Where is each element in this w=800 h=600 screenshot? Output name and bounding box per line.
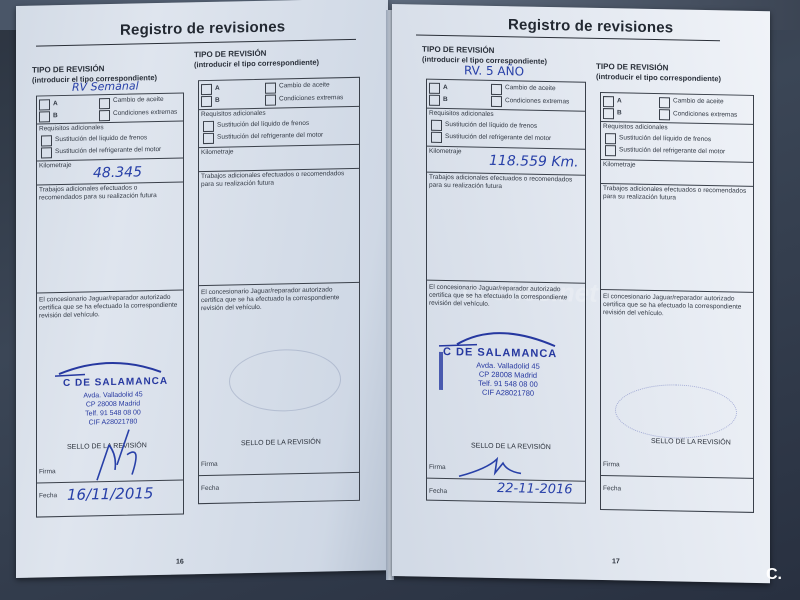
page-number: 16 xyxy=(176,558,184,565)
form-grid: A B Cambio de aceite Condiciones extrema… xyxy=(600,92,754,513)
coolant-label: Sustitución del refrigerante del motor xyxy=(55,146,161,155)
stamp-edge xyxy=(439,352,443,390)
faded-stamp-imprint xyxy=(229,348,341,412)
car-roofline-icon xyxy=(55,356,165,378)
option-a-label: A xyxy=(617,97,622,104)
checkbox-b[interactable] xyxy=(603,108,614,119)
checkbox-coolant[interactable] xyxy=(203,133,214,144)
option-b-label: B xyxy=(53,112,58,119)
mileage-label: Kilometraje xyxy=(39,162,72,170)
form-grid: A B Cambio de aceite Condiciones extrema… xyxy=(36,92,184,517)
option-b-label: B xyxy=(443,96,448,103)
additional-requirements-label: Requisitos adicionales xyxy=(429,110,494,118)
checkbox-b[interactable] xyxy=(39,111,50,122)
checkbox-oil-change[interactable] xyxy=(99,98,110,109)
form-subheading: (introducir el tipo correspondiente) xyxy=(194,57,344,70)
checkbox-coolant[interactable] xyxy=(41,147,52,158)
certification-text: El concesionario Jaguar/reparador autori… xyxy=(39,294,179,321)
oil-change-label: Cambio de aceite xyxy=(279,81,330,89)
page-number: 17 xyxy=(612,558,620,565)
handwritten-revision-type: RV. 5 AÑO xyxy=(464,63,524,78)
faded-stamp-imprint xyxy=(615,383,737,439)
additional-requirements-label: Requisitos adicionales xyxy=(603,123,668,131)
checkbox-coolant[interactable] xyxy=(431,132,442,143)
checkbox-a[interactable] xyxy=(201,84,212,95)
date-label: Fecha xyxy=(39,492,57,499)
signature-label: Firma xyxy=(429,464,446,471)
checkbox-brake-fluid[interactable] xyxy=(203,121,214,132)
additional-work-label: Trabajos adicionales efectuados o recome… xyxy=(39,184,179,203)
option-b-label: B xyxy=(215,97,220,104)
checkbox-oil-change[interactable] xyxy=(659,97,670,108)
extreme-conditions-label: Condiciones extremas xyxy=(113,109,177,117)
checkbox-extreme-conditions[interactable] xyxy=(491,96,502,107)
checkbox-b[interactable] xyxy=(429,95,440,106)
extreme-conditions-label: Condiciones extremas xyxy=(505,97,569,105)
coolant-label: Sustitución del refrigerante del motor xyxy=(445,133,551,142)
stamp-label: SELLO DE LA REVISIÓN xyxy=(241,439,321,448)
oil-change-label: Cambio de aceite xyxy=(505,84,556,92)
checkbox-coolant[interactable] xyxy=(605,145,616,156)
certification-text: El concesionario Jaguar/reparador autori… xyxy=(201,286,351,313)
additional-work-label: Trabajos adicionales efectuados o recome… xyxy=(429,174,579,193)
checkbox-extreme-conditions[interactable] xyxy=(659,109,670,120)
brake-fluid-label: Sustitución del líquido de frenos xyxy=(445,121,537,130)
handwritten-mileage: 48.345 xyxy=(93,164,142,181)
page-title: Registro de revisiones xyxy=(508,16,673,36)
signature-label: Firma xyxy=(603,461,620,468)
signature-label: Firma xyxy=(201,461,218,468)
checkbox-a[interactable] xyxy=(429,83,440,94)
oil-change-label: Cambio de aceite xyxy=(673,97,724,105)
signature-mark xyxy=(87,424,147,485)
date-label: Fecha xyxy=(201,485,219,492)
option-a-label: A xyxy=(215,85,220,92)
option-b-label: B xyxy=(617,109,622,116)
site-watermark: C. xyxy=(766,566,782,584)
checkbox-a[interactable] xyxy=(39,99,50,110)
checkbox-oil-change[interactable] xyxy=(265,83,276,94)
form-grid: A B Cambio de aceite Condiciones extrema… xyxy=(426,79,586,504)
handwritten-revision-type: RV Semanal xyxy=(72,79,139,93)
checkbox-brake-fluid[interactable] xyxy=(605,133,616,144)
signature-label: Firma xyxy=(39,468,56,475)
form-grid: A B Cambio de aceite Condiciones extrema… xyxy=(198,77,360,504)
date-label: Fecha xyxy=(603,485,621,492)
extreme-conditions-label: Condiciones extremas xyxy=(279,94,343,102)
extreme-conditions-label: Condiciones extremas xyxy=(673,110,737,118)
revision-form-1: TIPO DE REVISIÓN (introducir el tipo cor… xyxy=(32,63,182,86)
option-a-label: A xyxy=(53,100,58,107)
coolant-label: Sustitución del refrigerante del motor xyxy=(217,132,323,141)
handwritten-date: 16/11/2015 xyxy=(67,484,153,504)
coolant-label: Sustitución del refrigerante del motor xyxy=(619,146,725,155)
stamp-label: SELLO DE LA REVISIÓN xyxy=(651,438,731,447)
additional-requirements-label: Requisitos adicionales xyxy=(39,124,104,132)
checkbox-b[interactable] xyxy=(201,96,212,107)
stamp-address: Avda. Valladolid 45 CP 28008 Madrid Telf… xyxy=(463,360,553,398)
checkbox-a[interactable] xyxy=(603,96,614,107)
date-label: Fecha xyxy=(429,488,447,495)
revision-form-2: TIPO DE REVISIÓN (introducir el tipo cor… xyxy=(194,47,344,70)
mileage-label: Kilometraje xyxy=(429,148,462,156)
checkbox-oil-change[interactable] xyxy=(491,84,502,95)
brake-fluid-label: Sustitución del líquido de frenos xyxy=(619,134,711,143)
additional-requirements-label: Requisitos adicionales xyxy=(201,110,266,118)
additional-work-label: Trabajos adicionales efectuados o recome… xyxy=(603,185,749,204)
option-a-label: A xyxy=(443,84,448,91)
checkbox-brake-fluid[interactable] xyxy=(431,120,442,131)
stamp-brand: C DE SALAMANCA xyxy=(443,346,557,360)
dealer-stamp: C DE SALAMANCA Avda. Valladolid 45 CP 28… xyxy=(427,80,585,83)
checkbox-brake-fluid[interactable] xyxy=(41,135,52,146)
stamp-label: SELLO DE LA REVISIÓN xyxy=(471,443,551,452)
certification-text: El concesionario Jaguar/reparador autori… xyxy=(603,293,749,320)
handwritten-date: 22-11-2016 xyxy=(497,481,573,497)
certification-text: El concesionario Jaguar/reparador autori… xyxy=(429,284,579,311)
mileage-label: Kilometraje xyxy=(603,161,636,169)
oil-change-label: Cambio de aceite xyxy=(113,96,164,104)
page-title: Registro de revisiones xyxy=(120,18,285,38)
mileage-label: Kilometraje xyxy=(201,148,234,156)
booklet-page-17: Registro de revisiones coches.net TIPO D… xyxy=(392,4,770,583)
checkbox-extreme-conditions[interactable] xyxy=(99,110,110,121)
title-divider xyxy=(416,34,720,41)
stamp-address: Avda. Valladolid 45 CP 28008 Madrid Telf… xyxy=(73,390,153,428)
brake-fluid-label: Sustitución del líquido de frenos xyxy=(217,120,309,129)
handwritten-mileage: 118.559 Km. xyxy=(489,153,579,171)
additional-work-label: Trabajos adicionales efectuados o recome… xyxy=(201,170,351,189)
title-divider xyxy=(36,39,356,47)
checkbox-extreme-conditions[interactable] xyxy=(265,95,276,106)
booklet-page-16: Registro de revisiones TIPO DE REVISIÓN … xyxy=(16,0,388,578)
revision-form-4: TIPO DE REVISIÓN (introducir el tipo cor… xyxy=(596,62,746,85)
stamp-brand: C DE SALAMANCA xyxy=(63,376,168,389)
brake-fluid-label: Sustitución del líquido de frenos xyxy=(55,134,147,143)
revision-form-3: TIPO DE REVISIÓN (introducir el tipo cor… xyxy=(422,45,572,68)
form-subheading: (introducir el tipo correspondiente) xyxy=(596,72,746,85)
